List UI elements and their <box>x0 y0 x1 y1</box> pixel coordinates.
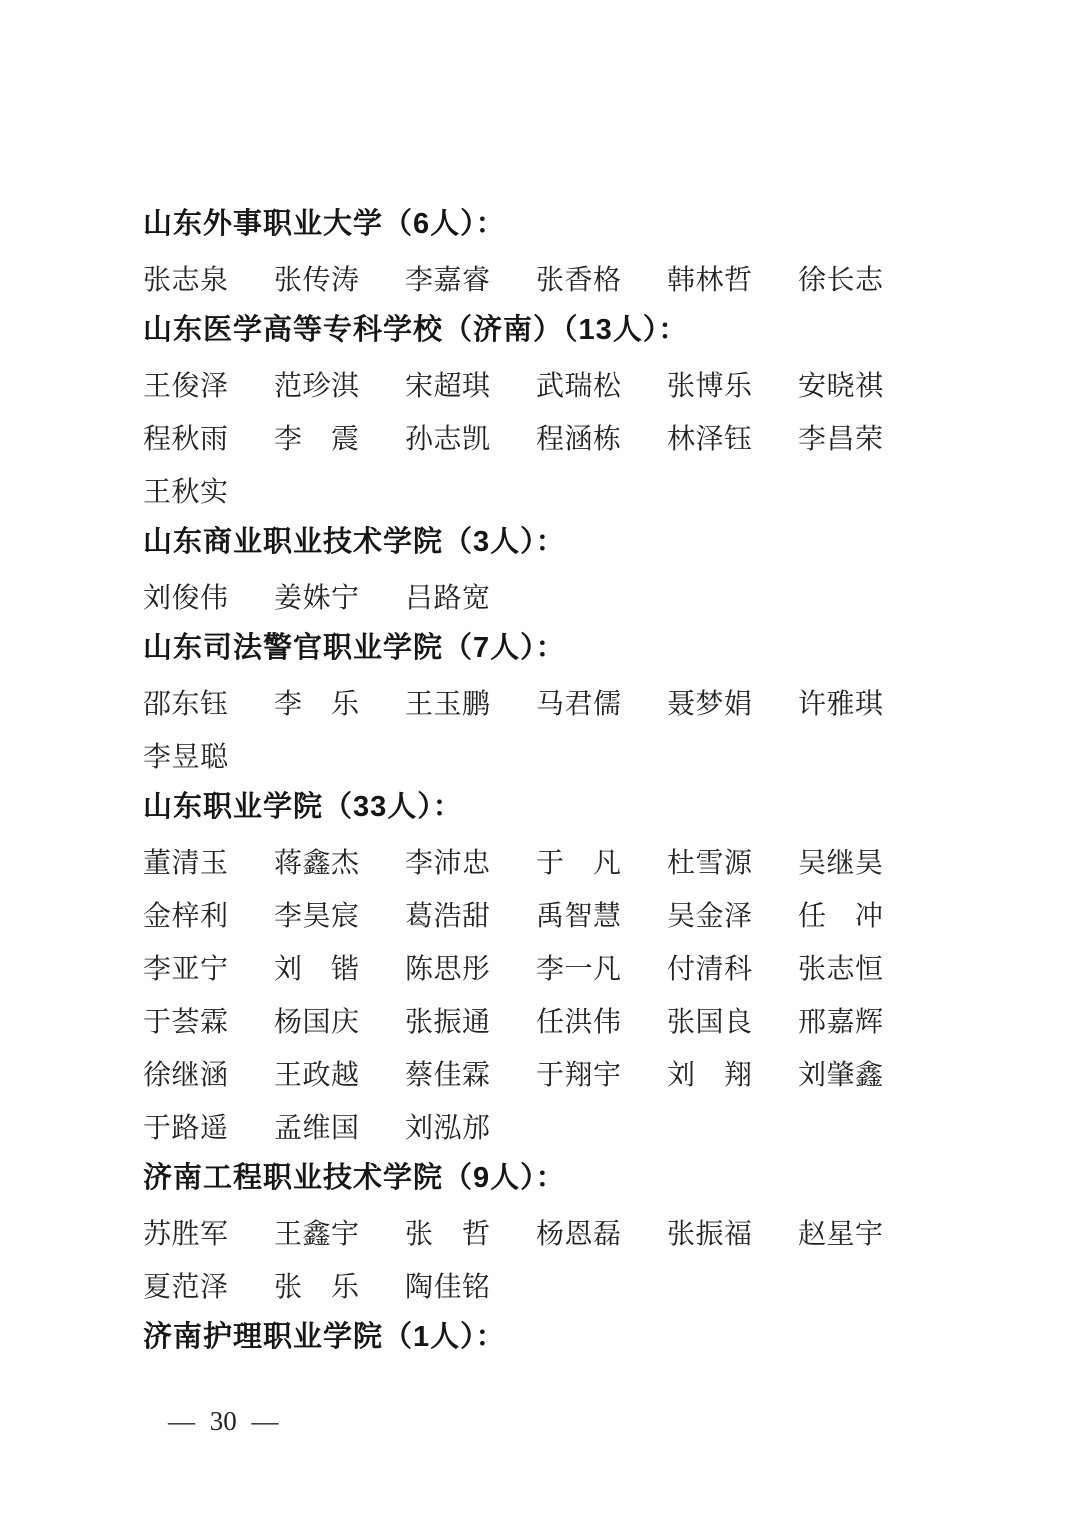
person-name: 刘俊伟 <box>143 576 228 616</box>
person-name: 孙志凯 <box>405 417 490 457</box>
person-name: 杨恩磊 <box>536 1212 621 1252</box>
person-name: 徐继涵 <box>143 1053 228 1093</box>
name-row: 王秋实 <box>143 463 943 516</box>
person-name: 杨国庆 <box>274 1000 359 1040</box>
person-name: 张国良 <box>667 1000 752 1040</box>
person-name: 王鑫宇 <box>274 1212 359 1252</box>
person-name: 王秋实 <box>143 470 228 510</box>
person-name: 李昌荣 <box>798 417 883 457</box>
person-name: 程涵栋 <box>536 417 621 457</box>
name-row: 徐继涵王政越蔡佳霖于翔宇刘翔刘肇鑫 <box>143 1046 943 1099</box>
person-name: 张乐 <box>274 1265 359 1305</box>
name-row: 董清玉蒋鑫杰李沛忠于凡杜雪源吴继昊 <box>143 834 943 887</box>
person-name: 蒋鑫杰 <box>274 841 359 881</box>
person-name: 张哲 <box>405 1212 490 1252</box>
name-row: 李亚宁刘锴陈思彤李一凡付清科张志恒 <box>143 940 943 993</box>
person-name: 禹智慧 <box>536 894 621 934</box>
person-name: 张志泉 <box>143 258 228 298</box>
name-row: 夏范泽张乐陶佳铭 <box>143 1258 943 1311</box>
name-row: 于荟霖杨国庆张振通任洪伟张国良邢嘉辉 <box>143 993 943 1046</box>
person-name: 张振通 <box>405 1000 490 1040</box>
person-name: 董清玉 <box>143 841 228 881</box>
person-name: 宋超琪 <box>405 364 490 404</box>
person-name: 范珍淇 <box>274 364 359 404</box>
person-name: 吴金泽 <box>667 894 752 934</box>
page-footer: — 30 — <box>168 1406 279 1436</box>
person-name: 赵星宇 <box>798 1212 883 1252</box>
section-heading: 济南工程职业技术学院（9人）： <box>143 1152 943 1205</box>
person-name: 刘锴 <box>274 947 359 987</box>
document-page: 山东外事职业大学（6人）：张志泉张传涛李嘉睿张香格韩林哲徐长志山东医学高等专科学… <box>0 0 1080 1527</box>
person-name: 聂梦娟 <box>667 682 752 722</box>
name-row: 程秋雨李震孙志凯程涵栋林泽钰李昌荣 <box>143 410 943 463</box>
person-name: 夏范泽 <box>143 1265 228 1305</box>
person-name: 苏胜军 <box>143 1212 228 1252</box>
person-name: 张香格 <box>536 258 621 298</box>
person-name: 邵东钰 <box>143 682 228 722</box>
name-row: 刘俊伟姜姝宁吕路宽 <box>143 569 943 622</box>
person-name: 李嘉睿 <box>405 258 490 298</box>
name-row: 金梓利李昊宸葛浩甜禹智慧吴金泽任冲 <box>143 887 943 940</box>
person-name: 任洪伟 <box>536 1000 621 1040</box>
person-name: 李亚宁 <box>143 947 228 987</box>
person-name: 于荟霖 <box>143 1000 228 1040</box>
section-heading: 山东医学高等专科学校（济南）（13人）： <box>143 304 943 357</box>
person-name: 王俊泽 <box>143 364 228 404</box>
person-name: 李昊宸 <box>274 894 359 934</box>
section-heading: 山东司法警官职业学院（7人）： <box>143 622 943 675</box>
person-name: 张传涛 <box>274 258 359 298</box>
person-name: 李昱聪 <box>143 735 228 775</box>
person-name: 武瑞松 <box>536 364 621 404</box>
person-name: 许雅琪 <box>798 682 883 722</box>
section-heading: 济南护理职业学院（1人）： <box>143 1311 943 1364</box>
person-name: 张博乐 <box>667 364 752 404</box>
name-row: 李昱聪 <box>143 728 943 781</box>
person-name: 韩林哲 <box>667 258 752 298</box>
person-name: 王政越 <box>274 1053 359 1093</box>
person-name: 于翔宇 <box>536 1053 621 1093</box>
person-name: 安晓祺 <box>798 364 883 404</box>
person-name: 任冲 <box>798 894 883 934</box>
person-name: 金梓利 <box>143 894 228 934</box>
person-name: 马君儒 <box>536 682 621 722</box>
person-name: 杜雪源 <box>667 841 752 881</box>
person-name: 于凡 <box>536 841 621 881</box>
person-name: 张志恒 <box>798 947 883 987</box>
name-row: 于路遥孟维国刘泓邡 <box>143 1099 943 1152</box>
person-name: 葛浩甜 <box>405 894 490 934</box>
person-name: 陶佳铭 <box>405 1265 490 1305</box>
name-row: 苏胜军王鑫宇张哲杨恩磊张振福赵星宇 <box>143 1205 943 1258</box>
person-name: 刘肇鑫 <box>798 1053 883 1093</box>
person-name: 王玉鹏 <box>405 682 490 722</box>
page-number: — 30 — <box>168 1406 279 1436</box>
person-name: 刘泓邡 <box>405 1106 490 1146</box>
person-name: 李乐 <box>274 682 359 722</box>
person-name: 李一凡 <box>536 947 621 987</box>
person-name: 陈思彤 <box>405 947 490 987</box>
person-name: 于路遥 <box>143 1106 228 1146</box>
name-row: 邵东钰李乐王玉鹏马君儒聂梦娟许雅琪 <box>143 675 943 728</box>
name-row: 张志泉张传涛李嘉睿张香格韩林哲徐长志 <box>143 251 943 304</box>
person-name: 姜姝宁 <box>274 576 359 616</box>
person-name: 孟维国 <box>274 1106 359 1146</box>
person-name: 程秋雨 <box>143 417 228 457</box>
name-row: 王俊泽范珍淇宋超琪武瑞松张博乐安晓祺 <box>143 357 943 410</box>
person-name: 蔡佳霖 <box>405 1053 490 1093</box>
person-name: 张振福 <box>667 1212 752 1252</box>
person-name: 林泽钰 <box>667 417 752 457</box>
person-name: 李沛忠 <box>405 841 490 881</box>
person-name: 刘翔 <box>667 1053 752 1093</box>
person-name: 吴继昊 <box>798 841 883 881</box>
person-name: 徐长志 <box>798 258 883 298</box>
section-heading: 山东职业学院（33人）： <box>143 781 943 834</box>
person-name: 李震 <box>274 417 359 457</box>
person-name: 邢嘉辉 <box>798 1000 883 1040</box>
person-name: 付清科 <box>667 947 752 987</box>
person-name: 吕路宽 <box>405 576 490 616</box>
section-heading: 山东外事职业大学（6人）： <box>143 198 943 251</box>
section-heading: 山东商业职业技术学院（3人）： <box>143 516 943 569</box>
document-body: 山东外事职业大学（6人）：张志泉张传涛李嘉睿张香格韩林哲徐长志山东医学高等专科学… <box>143 198 943 1364</box>
